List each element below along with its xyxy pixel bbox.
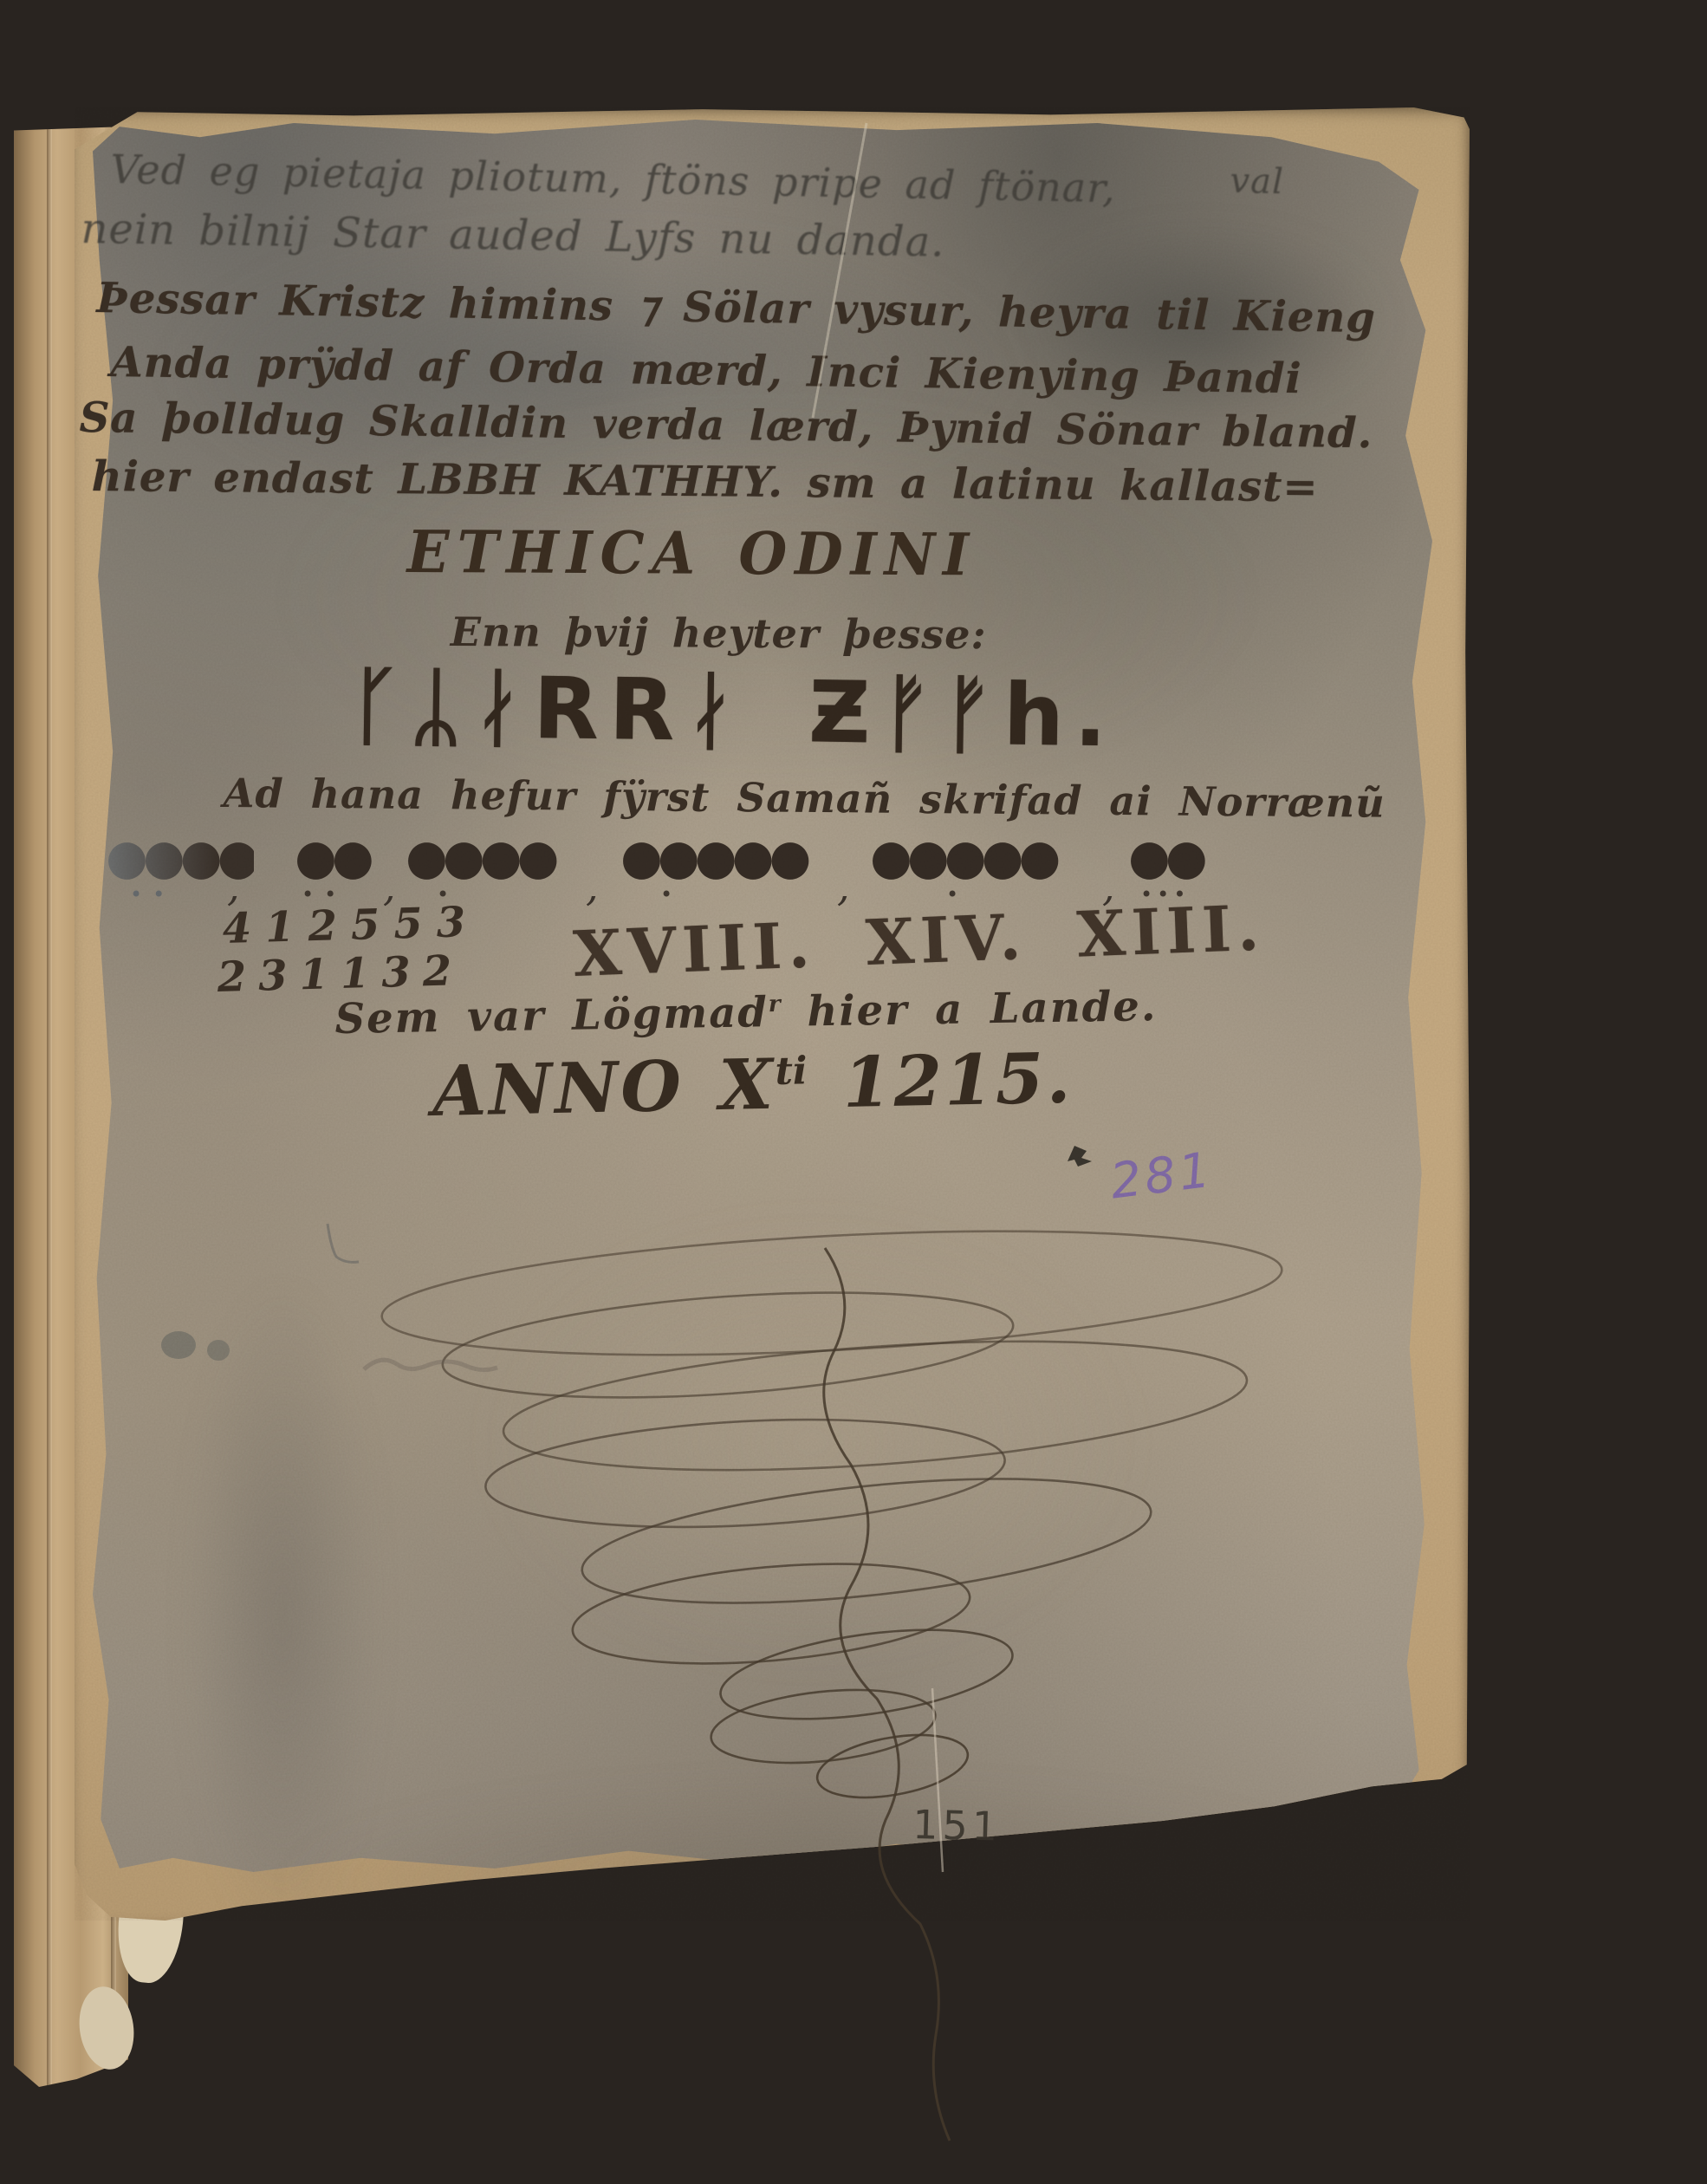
dot-row-large: ●●●●● bbox=[620, 834, 806, 882]
anno-superscript: ti bbox=[775, 1049, 808, 1094]
page-number: 151 bbox=[912, 1801, 1003, 1850]
dot-row-large: ●●●●● bbox=[870, 834, 1055, 882]
dot-row-large: ●●●● bbox=[406, 834, 554, 882]
subtitle-line: Enn þvij heyter þesse: bbox=[451, 608, 987, 658]
anno-line: ANNO Xti 1215. bbox=[432, 1037, 1074, 1132]
lawman-text: Sem var Lögmad bbox=[334, 988, 769, 1043]
dot-row-large: ●● bbox=[1128, 834, 1203, 882]
dot-separator: , bbox=[837, 863, 850, 910]
anno-year: 1215. bbox=[807, 1037, 1074, 1124]
margin-word: val bbox=[1230, 161, 1284, 202]
latin-title: ETHICA ODINI bbox=[407, 518, 977, 589]
spine-crease bbox=[47, 127, 52, 2087]
runic-title: ᚴᛦᛅRRᛅ Ƶᚠᚠh. bbox=[348, 657, 1117, 766]
dot-row-large: ●● bbox=[295, 834, 369, 882]
lawman-text-end: hier a Lande. bbox=[780, 982, 1158, 1037]
dot-cipher-group: ●●●●● • bbox=[620, 834, 806, 905]
dot-separator: , bbox=[586, 863, 599, 910]
dot-cipher-group: ●●●● • bbox=[406, 834, 554, 905]
dot-row-small: • bbox=[660, 884, 806, 905]
anno-text: ANNO X bbox=[432, 1043, 776, 1132]
dot-cipher-group: ●● •• bbox=[295, 834, 369, 905]
lawman-superscript: r bbox=[768, 991, 780, 1017]
manuscript-scan: Ved eg pietaja pliotum, ftöns pripe ad f… bbox=[0, 0, 1707, 2184]
dot-separator: , bbox=[227, 863, 240, 910]
dot-cipher-group: ●●●●● • bbox=[870, 834, 1055, 905]
cipher-digits-top: 412553 bbox=[222, 898, 480, 953]
